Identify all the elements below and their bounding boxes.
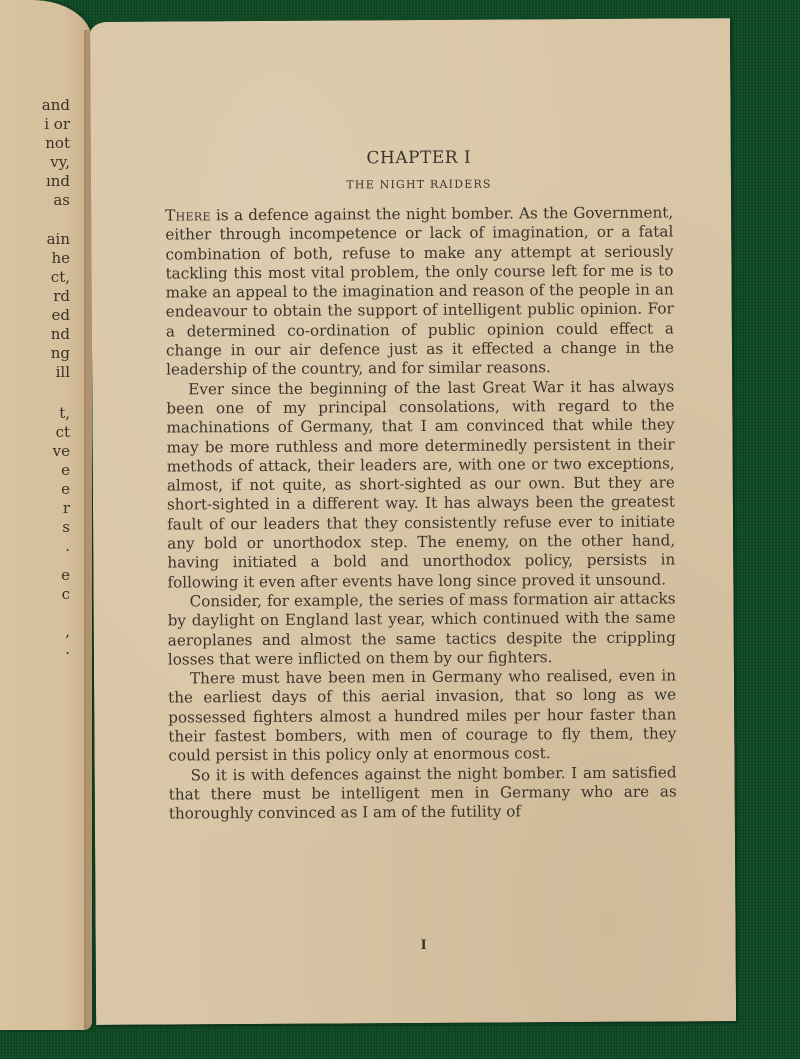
left-page-fragment: as [53,191,70,210]
page-body: CHAPTER I THE NIGHT RAIDERS There is a d… [165,146,677,824]
left-page-fragment: ve [53,442,70,461]
left-page-fragment: ng [51,344,70,363]
left-page-fragment: . [65,640,70,659]
left-page-fragment: ınd [46,172,70,191]
left-page-fragment: he [51,249,70,268]
paragraph: So it is with defences against the night… [169,763,677,824]
left-page-fragment: , [65,622,70,641]
paragraph: There must have been men in Germany who … [168,667,677,767]
right-page: CHAPTER I THE NIGHT RAIDERS There is a d… [90,18,736,1025]
paragraph-lead-word: There [165,206,211,224]
page-number: I [170,936,678,954]
left-page-fragment: ct [56,423,70,442]
left-page-fragment: vy, [50,153,70,172]
left-page-fragment: e [61,566,70,585]
left-page-fragment: ill [56,363,70,382]
left-page-fragment: c [62,585,70,604]
paragraph: There is a defence against the night bom… [165,203,674,380]
left-page-fragment: t, [59,404,70,423]
left-page-fragment: rd [53,287,70,306]
left-page-fragment: nd [51,325,70,344]
paragraph-text: is a defence against the night bomber. A… [165,203,674,378]
left-page-fragment: not [45,134,70,153]
left-page-fragment: ain [47,230,70,249]
left-page-fragment: i or [44,115,70,134]
left-page-fragment: s [62,518,70,537]
paragraph: Ever since the beginning of the last Gre… [166,377,675,592]
left-page-fragment: . [65,537,70,556]
left-page-fragment: ed [52,306,70,325]
left-page-fragment: e [61,461,70,480]
chapter-subtitle: THE NIGHT RAIDERS [165,176,673,192]
left-page-fragment: e [61,480,70,499]
left-page-fragment: and [42,96,70,115]
left-page-fragment: r [63,499,70,518]
left-page: andi ornotvy,ındasainhect,rdedndngillt,c… [0,0,92,1030]
left-page-fragment: ct, [51,268,70,287]
chapter-title: CHAPTER I [165,146,673,169]
paragraph: Consider, for example, the series of mas… [167,589,675,669]
